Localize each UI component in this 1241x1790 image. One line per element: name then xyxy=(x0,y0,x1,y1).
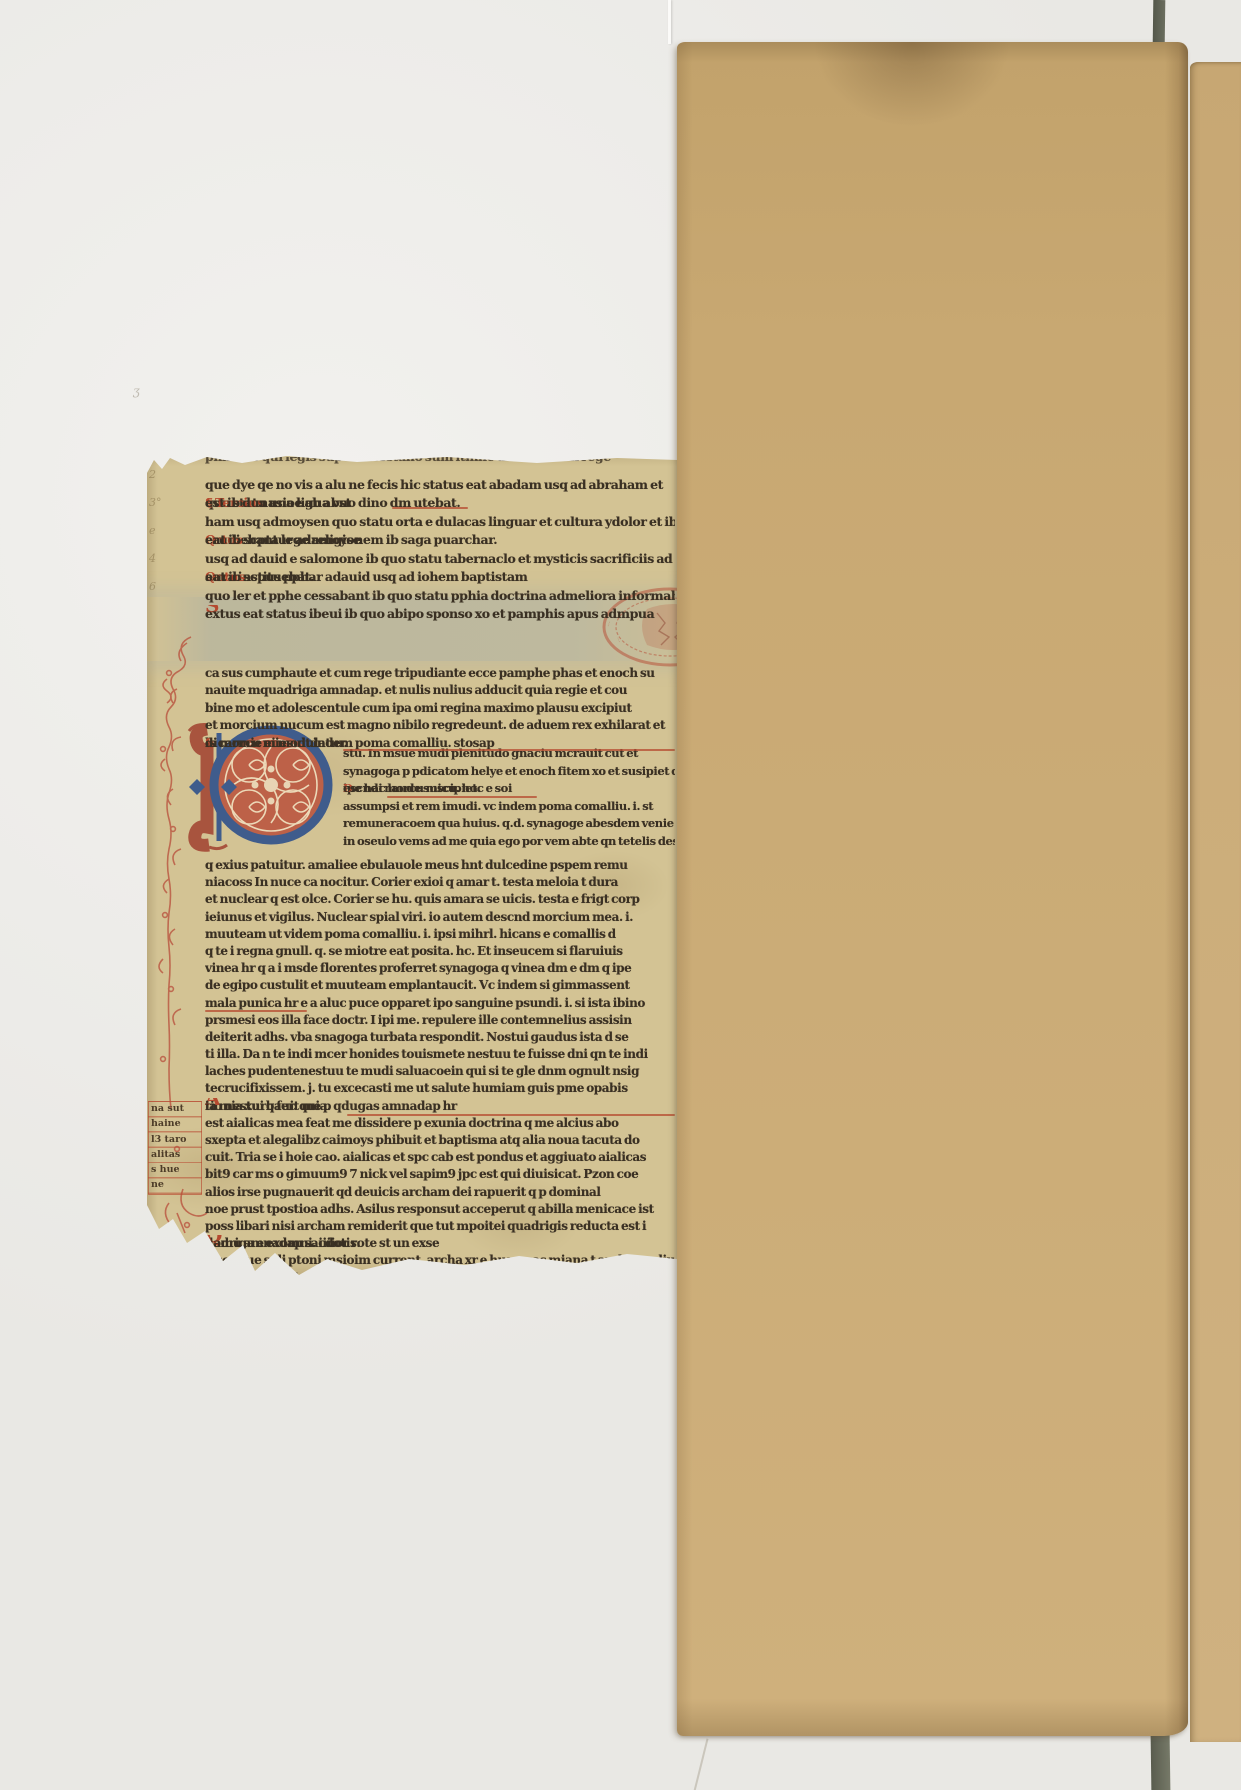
margin-marks: 23°e46 xyxy=(149,461,179,601)
text-line: q te i regna gnull. q. se miotre eat pos… xyxy=(205,943,675,960)
margin-mark: 6 xyxy=(149,573,179,601)
text-line: in oseulo vems ad me quia ego por vem ab… xyxy=(343,833,675,851)
text-block-main-upper: ca sus cumphaute et cum rege tripudiante… xyxy=(205,665,675,752)
text-line: prsmesi eos illa face doctr. I ipi me. r… xyxy=(205,1012,675,1029)
text-line: Sextus eat status ibeui ib quo abipo spo… xyxy=(205,605,675,624)
text-line: tio nestui q fer. quia. A ia mia xurbaui… xyxy=(205,1098,675,1115)
backing-crease xyxy=(693,1739,708,1790)
text-line: et nuclear q est olce. Corier se hu. qui… xyxy=(205,891,675,908)
margin-note-line: l3 taro xyxy=(149,1133,201,1148)
text-line: usq ad dauid e salomone ib quo statu tab… xyxy=(205,550,675,569)
red-underline xyxy=(392,507,468,509)
red-underline xyxy=(343,749,675,751)
text-line: alios irse pugnauerit qd deuicis archam … xyxy=(205,1184,675,1201)
text-line: sxepta et alegalibz caimoys phibuit et b… xyxy=(205,1132,675,1149)
margin-note: na suthainel3 taroalitass huene xyxy=(148,1101,202,1195)
text-line: synagoga. De domo amnadab reducta e de p… xyxy=(205,1270,675,1286)
margin-note-line: haine xyxy=(149,1117,201,1132)
text-line: nauite mquadriga amnadap. et nulis nuliu… xyxy=(205,682,675,699)
margin-mark: e xyxy=(149,517,179,545)
text-line: noe prust tpostioa adhs. Asilus responsu… xyxy=(205,1201,675,1218)
text-line: est aialicas mea feat me dissidere p exu… xyxy=(205,1115,675,1132)
album-page-next xyxy=(1190,62,1241,1742)
manuscript-fragment: ··· ··· xyxy=(147,453,677,1285)
red-underline xyxy=(347,1114,675,1116)
album-page xyxy=(677,42,1188,1736)
text-line-cut: pnmuus qui legis supor messtano sum itmn… xyxy=(205,457,675,476)
text-line: et morcium nucum est magno nibilo regred… xyxy=(205,717,675,734)
text-line: deiterit adhs. vba snagoga turbata respo… xyxy=(205,1029,675,1046)
red-underline xyxy=(387,796,537,798)
margin-note-line: s hue xyxy=(149,1163,201,1178)
text-line: domu amnadap sacdotis. Quadriga e exomni… xyxy=(205,1235,675,1252)
text-line: tecrucifixissem. j. tu excecasti me ut s… xyxy=(205,1080,675,1097)
text-line: cuit. Tria se i hoie cao. aialicas et sp… xyxy=(205,1149,675,1166)
text-line: laches pudentenestuu te mudi saluacoein … xyxy=(205,1063,675,1080)
text-line: ieiunus et vigilus. Nuclear spial viri. … xyxy=(205,909,675,926)
pencil-mark: ʒ xyxy=(133,384,153,404)
text-line: niacoss In nuce ca nocitur. Corier exioi… xyxy=(205,874,675,891)
margin-note-line: na sut xyxy=(149,1102,201,1117)
text-line: quo statu una ligua vno dino dm utebat. … xyxy=(205,494,675,513)
text-line: erudiebantur adreligionem ib saga puarch… xyxy=(205,531,675,550)
text-block-top: pnmuus qui legis supor messtano sum itmn… xyxy=(205,457,675,624)
text-line: ham usq admoysen quo statu orta e dulaca… xyxy=(205,513,675,532)
binding-strap-bottom xyxy=(1151,1735,1171,1790)
text-line: bit9 car ms o gimuum9 7 nick vel sapim9 … xyxy=(205,1166,675,1183)
text-line: ca sus cumphaute et cum rege tripudiante… xyxy=(205,665,675,682)
binding-strap-top xyxy=(1153,0,1166,46)
margin-mark: 4 xyxy=(149,545,179,573)
text-line: aura instituebat. Qntus eat ib scpus pph… xyxy=(205,568,675,587)
text-line: poss libari nisi archam remiderit que tu… xyxy=(205,1218,675,1235)
text-line: assumpsi et rem imudi. vc indem poma com… xyxy=(343,798,675,816)
text-line: ti illa. Da n te indi mcer honides touis… xyxy=(205,1046,675,1063)
red-underline xyxy=(205,1010,307,1012)
text-line: muuteam ut videm poma comalliu. i. ipsi … xyxy=(205,926,675,943)
text-line: de egipo custulit et muuteam emplantauci… xyxy=(205,977,675,994)
margin-mark: 2 xyxy=(149,461,179,489)
text-line: q exius patuitur. amaliee ebulauole meus… xyxy=(205,857,675,874)
text-line: quo ler et pphe cessabant ib quo statu p… xyxy=(205,587,675,606)
text-line: bine mo et adolescentule cum ipa omi reg… xyxy=(205,700,675,717)
margin-mark: 3° xyxy=(149,489,179,517)
text-line: remuneracoem qua huius. q.d. synagoge ab… xyxy=(343,815,675,833)
text-line: vinea hr q a i msde florentes proferret … xyxy=(205,960,675,977)
margin-note-line: alitas xyxy=(149,1148,201,1163)
text-block-main-lower: q exius patuitur. amaliee ebulauole meus… xyxy=(205,857,675,1285)
text-line: q coa sue soli ptoni msioim current. arc… xyxy=(205,1252,675,1269)
svg-text:···: ··· xyxy=(614,636,623,644)
text-line: stu. In msue mudi plenitudo gnaciu mcrau… xyxy=(343,745,675,763)
backing-sheet-seam xyxy=(668,0,671,44)
scan-surface: ʒ ··· ··· xyxy=(0,0,1241,1790)
text-line: synagoga p pdicatom helye et enoch fitem… xyxy=(343,763,675,781)
text-line: que dye qe no vis a alu ne fecis hic sta… xyxy=(205,476,675,495)
margin-note-line: ne xyxy=(149,1178,201,1193)
